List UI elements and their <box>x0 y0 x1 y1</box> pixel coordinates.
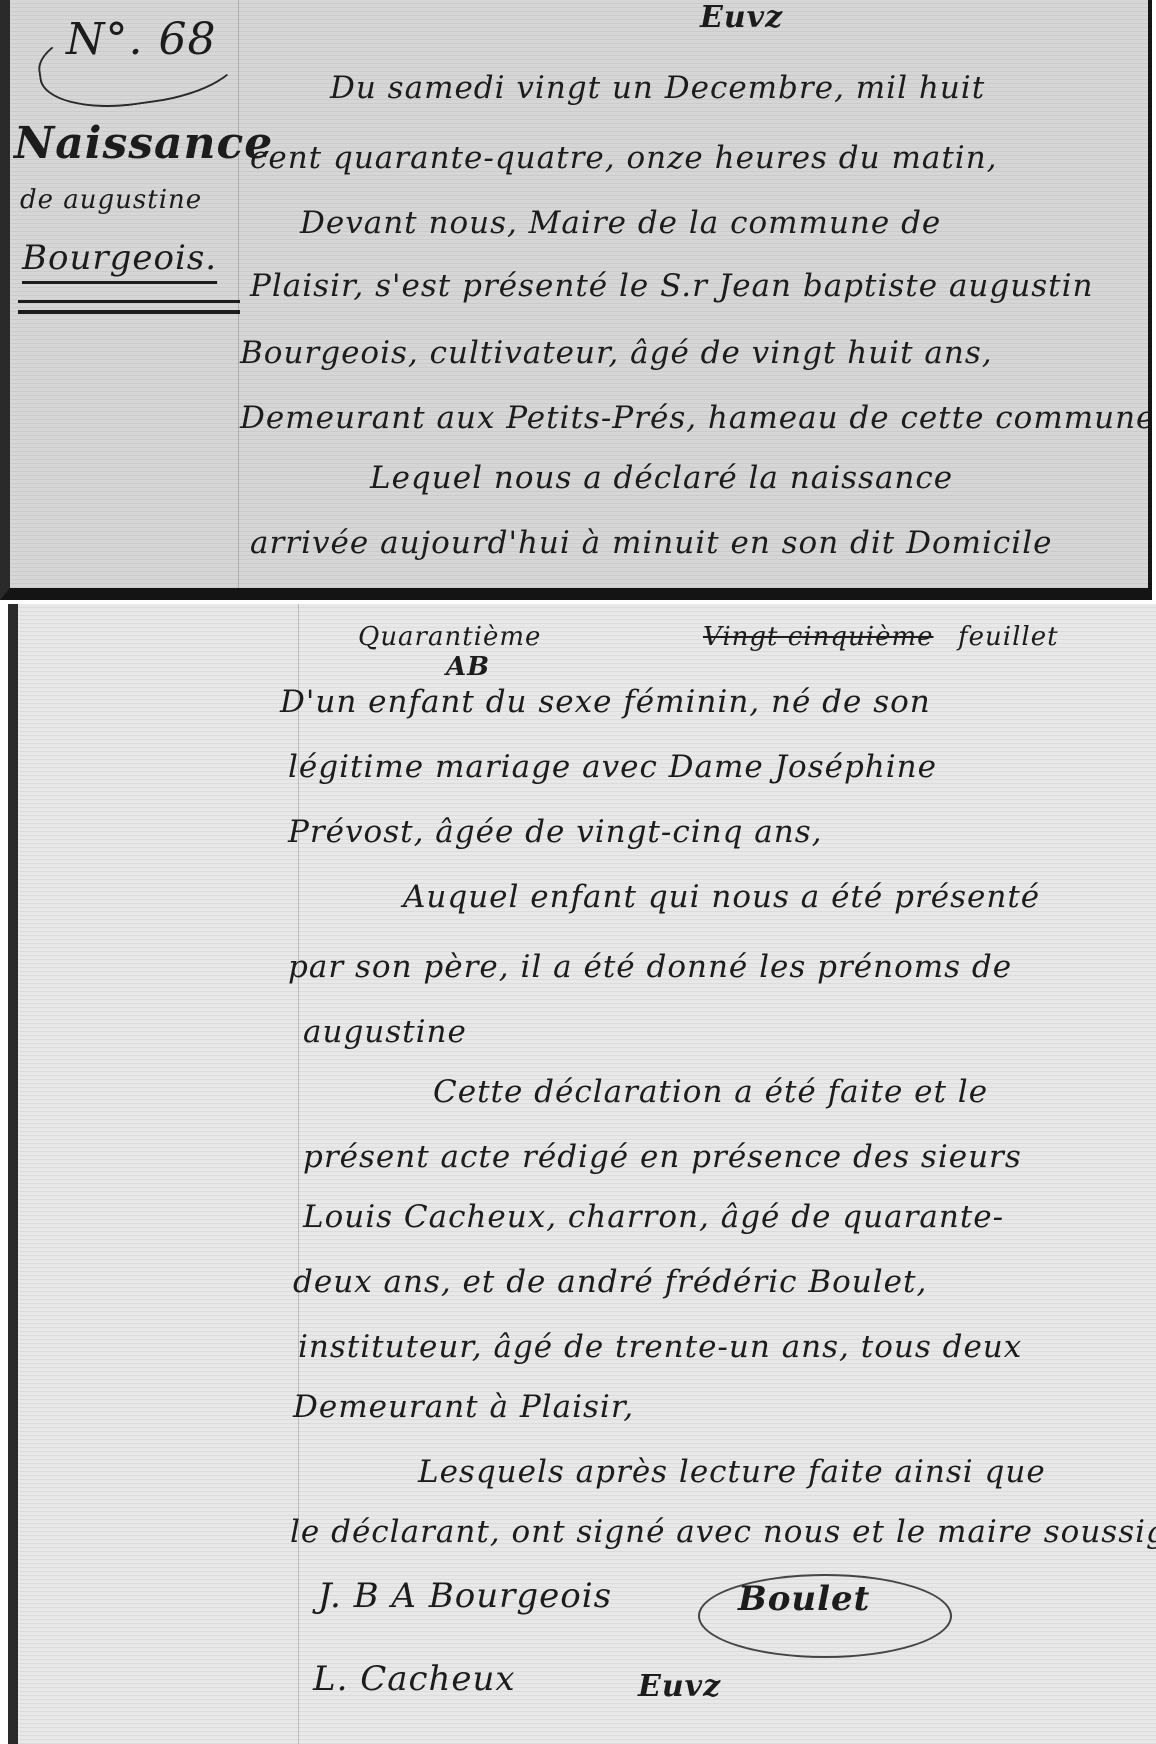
text-line: Louis Cacheux, charron, âgé de quarante- <box>303 1199 1004 1235</box>
text-line: Prévost, âgée de vingt-cinq ans, <box>288 814 823 850</box>
text-line: Demeurant aux Petits-Prés, hameau de cet… <box>240 400 1152 436</box>
paraph-top: Euvz <box>700 0 783 35</box>
text-line: par son père, il a été donné les prénoms… <box>288 949 1012 985</box>
text-line: arrivée aujourd'hui à minuit en son dit … <box>250 525 1052 561</box>
text-line: légitime mariage avec Dame Joséphine <box>288 749 937 785</box>
register-page-bottom: Quarantième Vingt cinquième feuillet AB … <box>8 604 1156 1744</box>
margin-rule <box>238 0 239 588</box>
text-line: Auquel enfant qui nous a été présenté <box>403 879 1040 915</box>
margin-rule-double <box>18 300 240 303</box>
signature-witness-boulet: Boulet <box>738 1579 870 1619</box>
text-line: instituteur, âgé de trente-un ans, tous … <box>298 1329 1022 1365</box>
margin-subtitle: de augustine <box>20 185 202 215</box>
text-line: deux ans, et de andré frédéric Boulet, <box>293 1264 927 1300</box>
text-line: Bourgeois, cultivateur, âgé de vingt hui… <box>240 335 993 371</box>
text-line: Demeurant à Plaisir, <box>293 1389 634 1425</box>
text-line: augustine <box>303 1014 467 1050</box>
margin-title: Naissance <box>14 118 273 169</box>
register-page-top: N°. 68 Naissance de augustine Bourgeois.… <box>0 0 1152 600</box>
folio-word: feuillet <box>958 622 1059 652</box>
initials-mark: AB <box>446 652 490 682</box>
signature-father: J. B A Bourgeois <box>318 1576 612 1616</box>
signature-mayor: Euvz <box>638 1669 721 1704</box>
text-line: Lequel nous a déclaré la naissance <box>370 460 953 496</box>
text-line: Cette déclaration a été faite et le <box>433 1074 988 1110</box>
folio-corrected: Quarantième <box>358 622 541 652</box>
margin-name: Bourgeois. <box>22 238 217 278</box>
folio-struck: Vingt cinquième <box>703 622 934 652</box>
text-line: Lesquels après lecture faite ainsi que <box>418 1454 1046 1490</box>
text-line: Devant nous, Maire de la commune de <box>300 205 941 241</box>
signature-witness-cacheux: L. Cacheux <box>313 1659 516 1699</box>
text-line: présent acte rédigé en présence des sieu… <box>303 1139 1022 1175</box>
text-line: cent quarante-quatre, onze heures du mat… <box>250 140 998 176</box>
text-line: D'un enfant du sexe féminin, né de son <box>280 684 931 720</box>
act-number: N°. 68 <box>66 14 216 65</box>
margin-rule-double <box>18 310 240 314</box>
text-line: Du samedi vingt un Decembre, mil huit <box>330 70 985 106</box>
text-line: Plaisir, s'est présenté le S.r Jean bapt… <box>250 268 1093 304</box>
text-line: le déclarant, ont signé avec nous et le … <box>290 1514 1156 1550</box>
